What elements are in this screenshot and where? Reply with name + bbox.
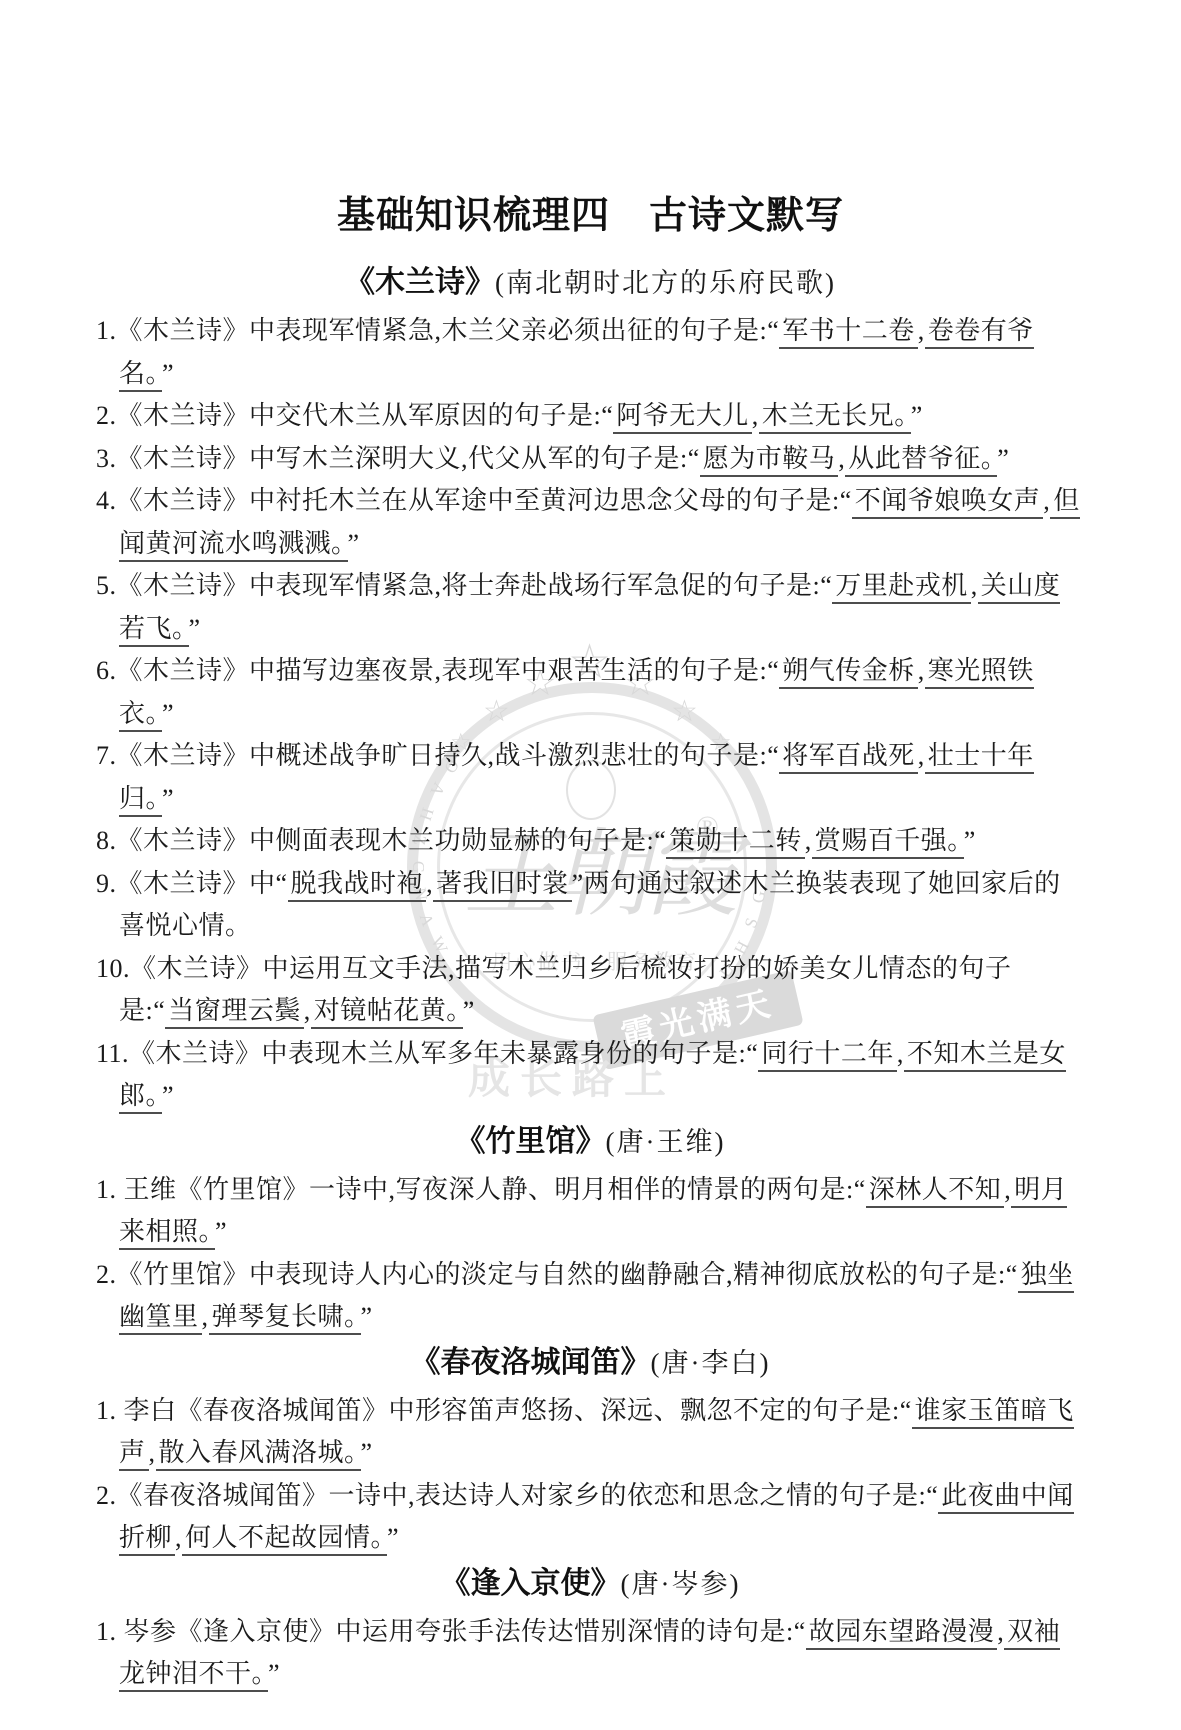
section-poem-title: 《竹里馆》 [456, 1125, 606, 1158]
question-text: 2.《木兰诗》中交代木兰从军原因的句子是:“ [96, 401, 613, 430]
answer-underlined-text: 愿为市鞍马 [700, 444, 839, 477]
question-text: 6.《木兰诗》中描写边塞夜景,表现军中艰苦生活的句子是:“ [96, 656, 779, 685]
question-text: ” [162, 699, 174, 728]
question-text: 1. 李白《春夜洛城闻笛》中形容笛声悠扬、深远、飘忽不定的句子是:“ [96, 1396, 912, 1425]
poem-section: 《木兰诗》(南北朝时北方的乐府民歌) 1.《木兰诗》中表现军情紧急,木兰父亲必须… [96, 260, 1085, 1118]
question-item: 4.《木兰诗》中衬托木兰在从军途中至黄河边思念父母的句子是:“不闻爷娘唤女声,但… [96, 480, 1085, 565]
question-text: ” [162, 359, 174, 388]
question-text: 8.《木兰诗》中侧面表现木兰功勋显赫的句子是:“ [96, 826, 666, 855]
question-text: , [918, 316, 925, 345]
question-item: 1.《木兰诗》中表现军情紧急,木兰父亲必须出征的句子是:“军书十二卷,卷卷有爷名… [96, 310, 1085, 395]
section-poem-title: 《春夜洛城闻笛》 [411, 1346, 651, 1379]
question-text: 9.《木兰诗》中“ [96, 869, 288, 898]
section-items: 1.《木兰诗》中表现军情紧急,木兰父亲必须出征的句子是:“军书十二卷,卷卷有爷名… [96, 310, 1085, 1118]
question-text: , [175, 1523, 182, 1552]
answer-underlined-text: 将军百战死 [779, 741, 918, 774]
question-text: , [918, 656, 925, 685]
answer-underlined-text: 策勋十二转 [666, 826, 805, 859]
question-item: 2.《竹里馆》中表现诗人内心的淡定与自然的幽静融合,精神彻底放松的句子是:“独坐… [96, 1254, 1085, 1339]
answer-underlined-text: 深林人不知 [866, 1175, 1005, 1208]
section-poem-source: (唐·李白) [651, 1348, 771, 1378]
sections-container: 《木兰诗》(南北朝时北方的乐府民歌) 1.《木兰诗》中表现军情紧急,木兰父亲必须… [96, 260, 1085, 1696]
answer-underlined-text: 万里赴戎机 [832, 571, 971, 604]
section-heading: 《竹里馆》(唐·王维) [96, 1119, 1085, 1167]
answer-underlined-text: 朔气传金柝 [779, 656, 918, 689]
question-item: 7.《木兰诗》中概述战争旷日持久,战斗激烈悲壮的句子是:“将军百战死,壮士十年归… [96, 735, 1085, 820]
question-text: ” [463, 996, 475, 1025]
question-text: , [426, 869, 433, 898]
section-items: 1. 王维《竹里馆》一诗中,写夜深人静、明月相伴的情景的两句是:“深林人不知,明… [96, 1169, 1085, 1339]
question-item: 1. 李白《春夜洛城闻笛》中形容笛声悠扬、深远、飘忽不定的句子是:“谁家玉笛暗飞… [96, 1390, 1085, 1475]
question-text: 4.《木兰诗》中衬托木兰在从军途中至黄河边思念父母的句子是:“ [96, 486, 852, 515]
question-text: , [149, 1438, 156, 1467]
poem-section: 《竹里馆》(唐·王维) 1. 王维《竹里馆》一诗中,写夜深人静、明月相伴的情景的… [96, 1119, 1085, 1339]
question-text: ” [215, 1217, 227, 1246]
question-item: 8.《木兰诗》中侧面表现木兰功勋显赫的句子是:“策勋十二转,赏赐百千强。” [96, 820, 1085, 863]
question-text: 5.《木兰诗》中表现军情紧急,将士奔赴战场行军急促的句子是:“ [96, 571, 832, 600]
answer-underlined-text: 弹琴复长啸。 [209, 1302, 361, 1335]
question-item: 5.《木兰诗》中表现军情紧急,将士奔赴战场行军急促的句子是:“万里赴戎机,关山度… [96, 565, 1085, 650]
question-item: 2.《春夜洛城闻笛》一诗中,表达诗人对家乡的依恋和思念之情的句子是:“此夜曲中闻… [96, 1475, 1085, 1560]
answer-underlined-text: 著我旧时裳 [433, 869, 572, 902]
question-text: ” [162, 1081, 174, 1110]
question-text: 2.《春夜洛城闻笛》一诗中,表达诗人对家乡的依恋和思念之情的句子是:“ [96, 1481, 938, 1510]
answer-underlined-text: 散入春风满洛城。 [156, 1438, 361, 1471]
question-text: ” [964, 826, 976, 855]
question-text: 3.《木兰诗》中写木兰深明大义,代父从军的句子是:“ [96, 444, 700, 473]
answer-underlined-text: 从此替爷征。 [845, 444, 997, 477]
answer-underlined-text: 赏赐百千强。 [812, 826, 964, 859]
answer-underlined-text: 不闻爷娘唤女声 [852, 486, 1044, 519]
answer-underlined-text: 阿爷无大儿 [613, 401, 752, 434]
question-text: ” [911, 401, 923, 430]
question-text: ” [387, 1523, 399, 1552]
question-item: 2.《木兰诗》中交代木兰从军原因的句子是:“阿爷无大儿,木兰无长兄。” [96, 395, 1085, 438]
section-poem-source: (唐·岑参) [621, 1569, 741, 1599]
question-text: ” [361, 1302, 373, 1331]
answer-underlined-text: 何人不起故园情。 [182, 1523, 387, 1556]
question-text: 7.《木兰诗》中概述战争旷日持久,战斗激烈悲壮的句子是:“ [96, 741, 779, 770]
poem-section: 《春夜洛城闻笛》(唐·李白) 1. 李白《春夜洛城闻笛》中形容笛声悠扬、深远、飘… [96, 1340, 1085, 1560]
question-text: , [202, 1302, 209, 1331]
document-page: ☆☆☆☆☆☆☆ 王朝霞 ® 用心做书 服务教育 霞光满天 成长路上 WANGZH… [0, 0, 1181, 1730]
question-text: , [897, 1039, 904, 1068]
question-text: ” [189, 614, 201, 643]
section-poem-source: (唐·王维) [606, 1127, 726, 1157]
question-text: ” [268, 1659, 280, 1688]
answer-underlined-text: 当窗理云鬓 [165, 996, 304, 1029]
answer-underlined-text: 对镜帖花黄。 [311, 996, 463, 1029]
section-items: 1. 李白《春夜洛城闻笛》中形容笛声悠扬、深远、飘忽不定的句子是:“谁家玉笛暗飞… [96, 1390, 1085, 1560]
answer-underlined-text: 脱我战时袍 [288, 869, 427, 902]
question-item: 3.《木兰诗》中写木兰深明大义,代父从军的句子是:“愿为市鞍马,从此替爷征。” [96, 438, 1085, 481]
section-poem-title: 《逢入京使》 [441, 1567, 621, 1600]
question-text: 11.《木兰诗》中表现木兰从军多年未暴露身份的句子是:“ [96, 1039, 758, 1068]
section-heading: 《木兰诗》(南北朝时北方的乐府民歌) [96, 260, 1085, 308]
question-item: 1. 岑参《逢入京使》中运用夸张手法传达惜别深情的诗句是:“故园东望路漫漫,双袖… [96, 1611, 1085, 1696]
question-item: 6.《木兰诗》中描写边塞夜景,表现军中艰苦生活的句子是:“朔气传金柝,寒光照铁衣… [96, 650, 1085, 735]
question-item: 9.《木兰诗》中“脱我战时袍,著我旧时裳”两句通过叙述木兰换装表现了她回家后的喜… [96, 863, 1085, 948]
question-text: , [304, 996, 311, 1025]
section-items: 1. 岑参《逢入京使》中运用夸张手法传达惜别深情的诗句是:“故园东望路漫漫,双袖… [96, 1611, 1085, 1696]
page-content: 基础知识梳理四 古诗文默写 《木兰诗》(南北朝时北方的乐府民歌) 1.《木兰诗》… [0, 0, 1181, 1696]
section-poem-source: (南北朝时北方的乐府民歌) [495, 268, 836, 298]
question-text: ” [348, 529, 360, 558]
section-heading: 《逢入京使》(唐·岑参) [96, 1561, 1085, 1609]
section-poem-title: 《木兰诗》 [345, 266, 495, 299]
answer-underlined-text: 军书十二卷 [779, 316, 918, 349]
question-text: 1.《木兰诗》中表现军情紧急,木兰父亲必须出征的句子是:“ [96, 316, 779, 345]
question-text: ” [997, 444, 1009, 473]
page-title: 基础知识梳理四 古诗文默写 [96, 192, 1085, 240]
poem-section: 《逢入京使》(唐·岑参) 1. 岑参《逢入京使》中运用夸张手法传达惜别深情的诗句… [96, 1561, 1085, 1696]
question-item: 11.《木兰诗》中表现木兰从军多年未暴露身份的句子是:“同行十二年,不知木兰是女… [96, 1033, 1085, 1118]
question-text: 1. 岑参《逢入京使》中运用夸张手法传达惜别深情的诗句是:“ [96, 1617, 806, 1646]
question-text: 2.《竹里馆》中表现诗人内心的淡定与自然的幽静融合,精神彻底放松的句子是:“ [96, 1260, 1018, 1289]
answer-underlined-text: 故园东望路漫漫 [806, 1617, 998, 1650]
question-text: , [805, 826, 812, 855]
question-text: , [918, 741, 925, 770]
question-text: , [752, 401, 759, 430]
answer-underlined-text: 木兰无长兄。 [759, 401, 911, 434]
question-text: ” [361, 1438, 373, 1467]
answer-underlined-text: 同行十二年 [758, 1039, 897, 1072]
question-item: 1. 王维《竹里馆》一诗中,写夜深人静、明月相伴的情景的两句是:“深林人不知,明… [96, 1169, 1085, 1254]
section-heading: 《春夜洛城闻笛》(唐·李白) [96, 1340, 1085, 1388]
question-text: 1. 王维《竹里馆》一诗中,写夜深人静、明月相伴的情景的两句是:“ [96, 1175, 866, 1204]
question-text: ” [162, 784, 174, 813]
question-item: 10.《木兰诗》中运用互文手法,描写木兰归乡后梳妆打扮的娇美女儿情态的句子是:“… [96, 948, 1085, 1033]
question-text: , [971, 571, 978, 600]
